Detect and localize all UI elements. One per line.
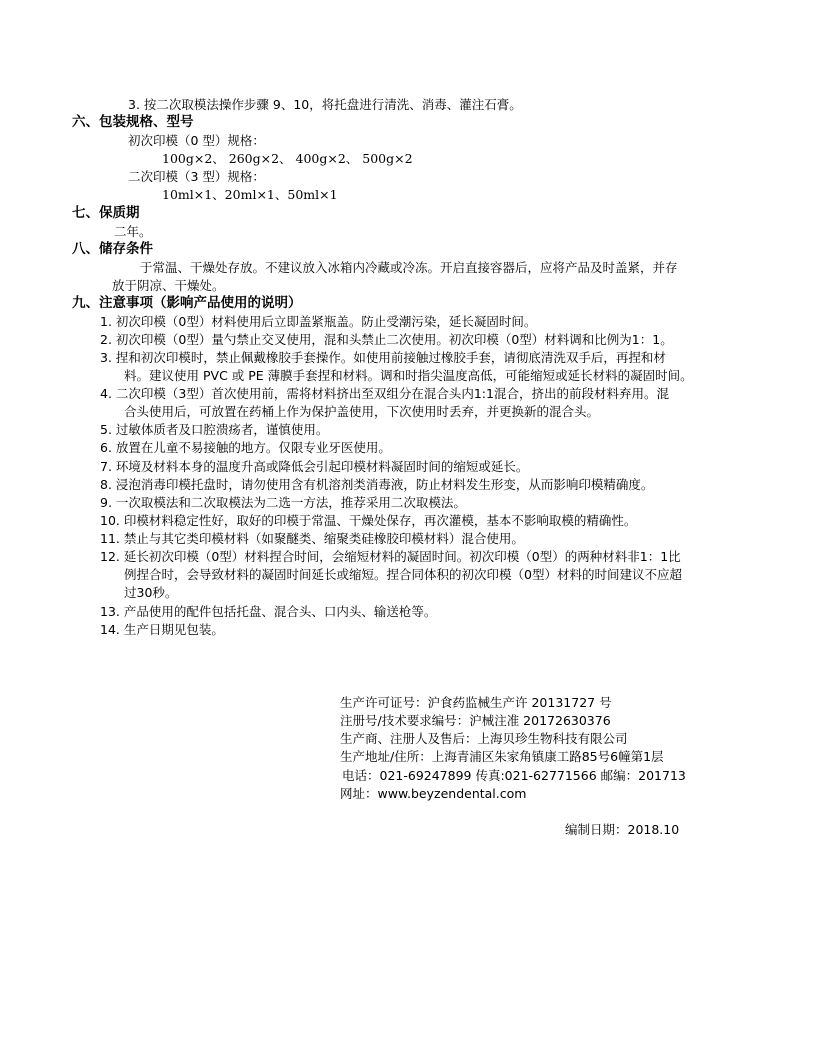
note-item-continuation: 料。建议使用 PVC 或 PE 薄膜手套捏和材料。调和时指尖温度高低，可能缩短或… — [124, 367, 693, 384]
production-address: 生产地址/住所：上海青浦区朱家角镇康工路85号6幢第1层 — [340, 748, 664, 765]
storage-text-line-1: 于常温、干燥处存放。不建议放入冰箱内冷藏或冷冻。开启直接容器后，应将产品及时盖紧… — [140, 259, 678, 276]
type3-spec-label: 二次印模（3 型）规格： — [128, 168, 265, 185]
type0-spec-label: 初次印模（0 型）规格： — [128, 132, 265, 149]
note-item: 1. 初次印模（0型）材料使用后立即盖紧瓶盖。防止受潮污染，延长凝固时间。 — [100, 313, 536, 330]
note-item: 9. 一次取模法和二次取模法为二选一方法，推荐采用二次取模法。 — [100, 494, 466, 511]
note-item: 5. 过敏体质者及口腔溃疡者，谨慎使用。 — [100, 421, 328, 438]
note-item: 11. 禁止与其它类印模材料（如聚醚类、缩聚类硅橡胶印模材料）混合使用。 — [100, 530, 524, 547]
note-item: 4. 二次印模（3型）首次使用前，需将材料挤出至双组分在混合头内1:1混合，挤出… — [100, 385, 669, 402]
website: 网址：www.beyzendental.com — [340, 785, 526, 802]
shelf-life-text: 二年。 — [114, 223, 152, 240]
note-item: 13. 产品使用的配件包括托盘、混合头、口内头、输送枪等。 — [100, 603, 436, 620]
manufacturer-name: 生产商、注册人及售后：上海贝珍生物科技有限公司 — [340, 730, 628, 747]
note-item-continuation: 例捏合时，会导致材料的凝固时间延长或缩短。捏合同体积的初次印模（0型）材料的时间… — [124, 566, 682, 583]
note-item: 12. 延长初次印模（0型）材料捏合时间，会缩短材料的凝固时间。初次印模（0型）… — [100, 548, 681, 565]
note-item: 10. 印模材料稳定性好，取好的印模于常温、干燥处保存，再次灌模，基本不影响取模… — [100, 512, 636, 529]
note-item: 14. 生产日期见包装。 — [100, 621, 224, 638]
type0-spec-values: 100g×2、 260g×2、 400g×2、 500g×2 — [162, 150, 413, 167]
production-license: 生产许可证号：沪食药监械生产许 20131727 号 — [340, 694, 612, 711]
step-3-text: 3. 按二次取模法操作步骤 9、10，将托盘进行清洗、消毒、灌注石膏。 — [128, 96, 522, 113]
registration-number: 注册号/技术要求编号：沪械注准 20172630376 — [340, 712, 611, 729]
note-item: 8. 浸泡消毒印模托盘时，请勿使用含有机溶剂类消毒液，防止材料发生形变，从而影响… — [100, 476, 653, 493]
type3-spec-values: 10ml×1、20ml×1、50ml×1 — [162, 186, 338, 203]
section-9-heading: 九、注意事项（影响产品使用的说明） — [72, 295, 302, 312]
note-item-continuation: 过30秒。 — [124, 584, 177, 601]
note-item: 2. 初次印模（0型）量勺禁止交叉使用，混和头禁止二次使用。初次印模（0型）材料… — [100, 331, 673, 348]
section-6-heading: 六、包装规格、型号 — [72, 114, 194, 131]
note-item: 7. 环境及材料本身的温度升高或降低会引起印模材料凝固时间的缩短或延长。 — [100, 458, 528, 475]
section-7-heading: 七、保质期 — [72, 205, 140, 222]
section-8-heading: 八、储存条件 — [72, 241, 153, 258]
note-item-continuation: 合头使用后，可放置在药桶上作为保护盖使用，下次使用时丢弃，并更换新的混合头。 — [124, 403, 599, 420]
note-item: 6. 放置在儿童不易接触的地方。仅限专业牙医使用。 — [100, 439, 391, 456]
storage-text-line-2: 放于阴凉、干燥处。 — [112, 277, 225, 294]
compile-date: 编制日期：2018.10 — [565, 821, 679, 838]
contact-info: 电话：021-69247899 传真:021-62771566 邮编：20171… — [342, 767, 686, 784]
note-item: 3. 捏和初次印模时，禁止佩戴橡胶手套操作。如使用前接触过橡胶手套，请彻底清洗双… — [100, 349, 666, 366]
